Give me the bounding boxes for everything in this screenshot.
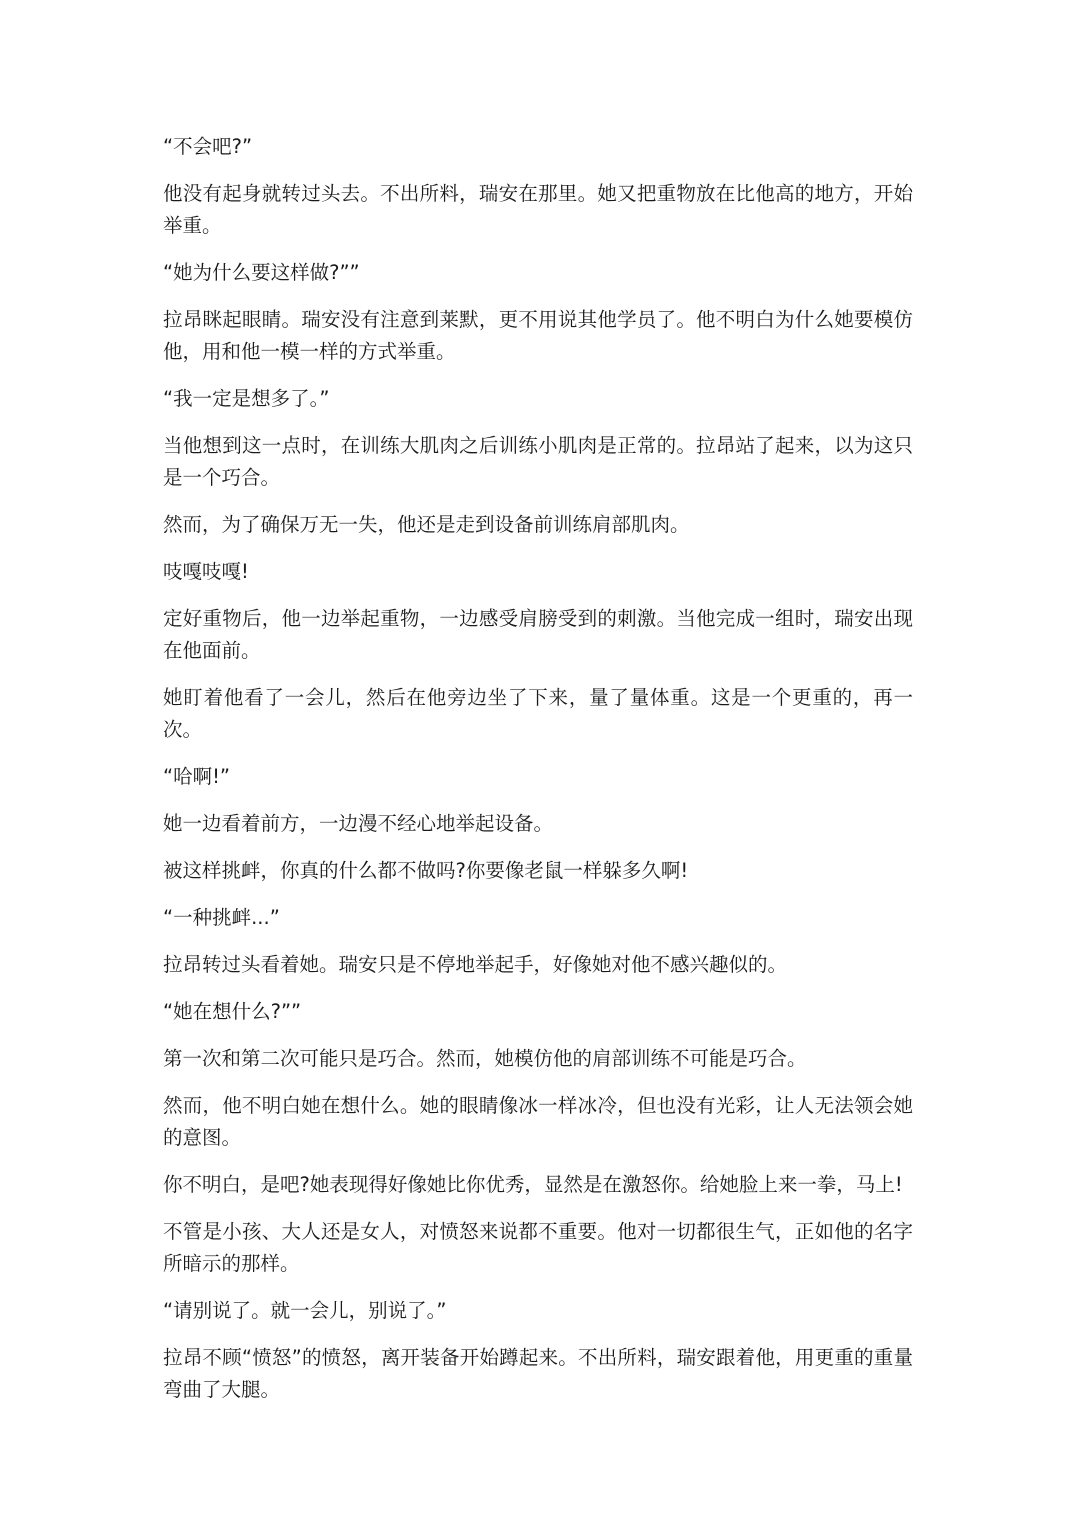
paragraph: 定好重物后，他一边举起重物，一边感受肩膀受到的刺激。当他完成一组时，瑞安出现在他… (163, 603, 913, 667)
paragraph: 拉昂眯起眼睛。瑞安没有注意到莱默，更不用说其他学员了。他不明白为什么她要模仿他，… (163, 304, 913, 368)
paragraph: “她在想什么?”” (163, 996, 913, 1028)
paragraph: “请别说了。就一会儿，别说了。” (163, 1295, 913, 1327)
paragraph: “她为什么要这样做?”” (163, 257, 913, 289)
paragraph: 然而，他不明白她在想什么。她的眼睛像冰一样冰冷，但也没有光彩，让人无法领会她的意… (163, 1090, 913, 1154)
paragraph: 第一次和第二次可能只是巧合。然而，她模仿他的肩部训练不可能是巧合。 (163, 1043, 913, 1075)
paragraph: 当他想到这一点时，在训练大肌肉之后训练小肌肉是正常的。拉昂站了起来，以为这只是一… (163, 430, 913, 494)
paragraph: 她一边看着前方，一边漫不经心地举起设备。 (163, 808, 913, 840)
paragraph: “不会吧?” (163, 131, 913, 163)
document-page: “不会吧?” 他没有起身就转过头去。不出所料，瑞安在那里。她又把重物放在比他高的… (163, 131, 913, 1421)
paragraph: “哈啊!” (163, 761, 913, 793)
paragraph: 被这样挑衅，你真的什么都不做吗?你要像老鼠一样躲多久啊! (163, 855, 913, 887)
paragraph: 你不明白，是吧?她表现得好像她比你优秀，显然是在激怒你。给她脸上来一拳，马上! (163, 1169, 913, 1201)
paragraph: 然而，为了确保万无一失，他还是走到设备前训练肩部肌肉。 (163, 509, 913, 541)
paragraph: 不管是小孩、大人还是女人，对愤怒来说都不重要。他对一切都很生气，正如他的名字所暗… (163, 1216, 913, 1280)
paragraph: “一种挑衅...” (163, 902, 913, 934)
paragraph: 拉昂不顾“愤怒”的愤怒，离开装备开始蹲起来。不出所料，瑞安跟着他，用更重的重量弯… (163, 1342, 913, 1406)
paragraph: 吱嘎吱嘎! (163, 556, 913, 588)
paragraph: 他没有起身就转过头去。不出所料，瑞安在那里。她又把重物放在比他高的地方，开始举重… (163, 178, 913, 242)
paragraph: “我一定是想多了。” (163, 383, 913, 415)
paragraph: 她盯着他看了一会儿，然后在他旁边坐了下来，量了量体重。这是一个更重的，再一次。 (163, 682, 913, 746)
paragraph: 拉昂转过头看着她。瑞安只是不停地举起手，好像她对他不感兴趣似的。 (163, 949, 913, 981)
